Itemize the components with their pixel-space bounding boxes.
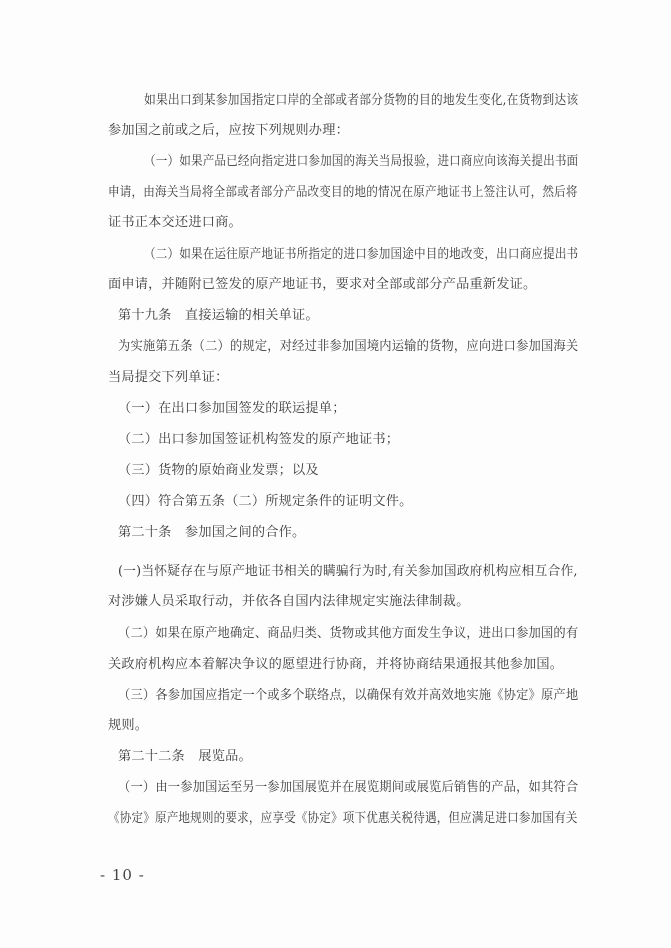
- text-line: 申请，由海关当局将全部或者部分产品改变目的地的情况在原产地证书上签注认可，然后将: [108, 184, 520, 202]
- page-number: - 10 -: [100, 866, 145, 884]
- text-line: 第二十条 参加国之间的合作。: [118, 524, 578, 542]
- text-line: （一）在出口参加国签发的联运提单；: [118, 400, 578, 418]
- text-line: 参加国之前或之后，应按下列规则办理：: [108, 122, 578, 140]
- text-line: （二）如果在运往原产地证书所指定的进口参加国途中目的地改变，出口商应提出书: [144, 246, 525, 264]
- text-line: （二）出口参加国签证机构签发的原产地证书；: [118, 431, 578, 449]
- text-line: （一）如果产品已经向指定进口参加国的海关当局报验，进口商应向该海关提出书面: [144, 153, 525, 171]
- text-line: 第二十二条 展览品。: [118, 748, 578, 766]
- text-line: 如果出口到某参加国指定口岸的全部或者部分货物的目的地发生变化,在货物到达该: [144, 92, 532, 110]
- document-page: 如果出口到某参加国指定口岸的全部或者部分货物的目的地发生变化,在货物到达该参加国…: [0, 0, 671, 948]
- text-line: 《协定》原产地规则的要求，应享受《协定》项下优惠关税待遇，但应满足进口参加国有关: [108, 810, 520, 828]
- text-line: 对涉嫌人员采取行动，并依各自国内法律规定实施法律制裁。: [108, 593, 578, 611]
- text-line: （三）各参加国应指定一个或多个联络点，以确保有效并高效地实施《协定》原产地: [118, 687, 545, 705]
- text-line: 面申请，并随附已签发的原产地证书，要求对全部或部分产品重新发证。: [108, 276, 578, 294]
- text-line: 第十九条 直接运输的相关单证。: [118, 307, 578, 325]
- text-line: 关政府机构应本着解决争议的愿望进行协商，并将协商结果通报其他参加国。: [108, 656, 578, 674]
- text-line: 当局提交下列单证：: [108, 369, 578, 387]
- text-line: (一)当怀疑存在与原产地证书相关的瞒骗行为时,有关参加国政府机构应相互合作,: [118, 563, 563, 581]
- text-line: （四）符合第五条（二）所规定条件的证明文件。: [118, 493, 578, 511]
- text-line: 为实施第五条（二）的规定，对经过非参加国境内运输的货物，应向进口参加国海关: [118, 338, 545, 356]
- text-line: （一）由一参加国运至另一参加国展览并在展览期间或展览后销售的产品，如其符合: [118, 779, 545, 797]
- text-line: 证书正本交还进口商。: [108, 214, 578, 232]
- text-line: （二）如果在原产地确定、商品归类、货物或其他方面发生争议，进出口参加国的有: [118, 625, 545, 643]
- text-line: 规则。: [108, 717, 578, 735]
- text-line: （三）货物的原始商业发票；以及: [118, 462, 578, 480]
